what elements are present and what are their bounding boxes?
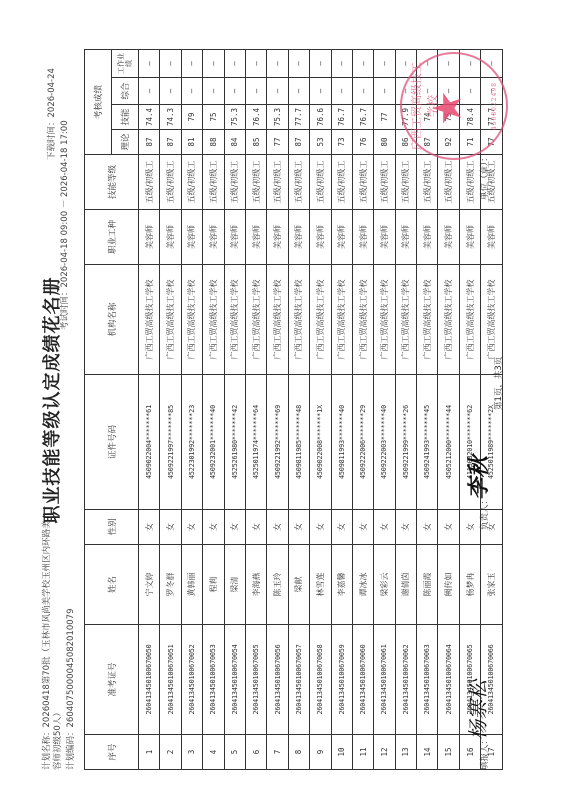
row-theory: 80	[374, 130, 395, 155]
row-theory: 87	[288, 130, 309, 155]
row-exam-no: 260413450100670054	[224, 625, 245, 735]
row-exam-no: 260413450100670059	[331, 625, 352, 735]
row-level: 五级/初级工	[310, 155, 331, 210]
row-name: 程莉	[203, 545, 224, 625]
row-org: 广西工贸高级技工学校	[203, 265, 224, 375]
row-exam-no: 260413450100670058	[310, 625, 331, 735]
row-overall: —	[160, 78, 181, 105]
row-name: 梁彩云	[374, 545, 395, 625]
row-exam-no: 260413450100670056	[267, 625, 288, 735]
row-overall: —	[139, 78, 160, 105]
row-name: 阙传如	[438, 545, 459, 625]
row-org: 广西工贸高级技工学校	[374, 265, 395, 375]
plan-code: 计划编码：2604075000045082010079	[64, 609, 76, 771]
row-work: —	[203, 50, 224, 78]
row-theory: 87	[160, 130, 181, 155]
header-exam-no: 准考证号	[85, 625, 139, 735]
row-overall: —	[288, 78, 309, 105]
row-id-no: 4509222006*******29	[352, 375, 373, 510]
row-exam-no: 260413450100670052	[181, 625, 202, 735]
row-id-no: 4509241993*******45	[417, 375, 438, 510]
row-exam-no: 260413450100670062	[395, 625, 416, 735]
row-gender: 女	[245, 510, 266, 545]
row-skill: 79	[181, 105, 202, 130]
row-org: 广西工贸高级技工学校	[395, 265, 416, 375]
unit-seal-label: 单位（章）：	[478, 153, 490, 200]
row-skill: 76.6	[310, 105, 331, 130]
row-exam-no: 260413450100670060	[352, 625, 373, 735]
row-seq: 13	[395, 735, 416, 770]
row-name: 宁文婷	[139, 545, 160, 625]
row-work: —	[352, 50, 373, 78]
row-theory: 88	[203, 130, 224, 155]
row-occupation: 美容师	[139, 210, 160, 265]
table-row: 1260413450100670050宁文婷女4509022004*******…	[139, 50, 160, 770]
row-overall: —	[352, 78, 373, 105]
row-id-no: 4509022004*******61	[139, 375, 160, 510]
table-row: 12260413450100670061梁彩云女4509222003******…	[374, 50, 395, 770]
row-theory: 85	[245, 130, 266, 155]
page-info: 第1页，共3页	[492, 357, 504, 410]
header-theory: 理论	[112, 130, 139, 155]
row-name: 陈玉玲	[267, 545, 288, 625]
row-work: —	[267, 50, 288, 78]
row-name: 梁清	[224, 545, 245, 625]
row-seq: 11	[352, 735, 373, 770]
row-skill: 75	[203, 105, 224, 130]
row-overall: —	[203, 78, 224, 105]
row-level: 五级/初级工	[331, 155, 352, 210]
row-theory: 87	[139, 130, 160, 155]
row-name: 梁献	[288, 545, 309, 625]
table-row: 6260413450100670055李海燕女4525011974*******…	[245, 50, 266, 770]
table-row: 10260413450100670059李嘉馨女4509811993******…	[331, 50, 352, 770]
row-seq: 12	[374, 735, 395, 770]
row-skill: 77.7	[288, 105, 309, 130]
row-theory: 84	[224, 130, 245, 155]
table-row: 3260413450100670052黄韩丽女4522301992*******…	[181, 50, 202, 770]
header-level: 技能等级	[85, 155, 139, 210]
row-gender: 女	[331, 510, 352, 545]
exam-time: 考试时间：2026-04-18 09:00 － 2026-04-18 17:00	[58, 120, 70, 330]
filler-signature: 杨寨松	[462, 680, 491, 740]
row-seq: 15	[438, 735, 459, 770]
row-skill: 74.3	[160, 105, 181, 130]
row-id-no: 4525261980*******42	[224, 375, 245, 510]
row-gender: 女	[267, 510, 288, 545]
row-org: 广西工贸高级技工学校	[245, 265, 266, 375]
table-row: 9260413450100670058林雪莲女4509022008*******…	[310, 50, 331, 770]
row-exam-no: 260413450100670063	[417, 625, 438, 735]
row-level: 五级/初级工	[181, 155, 202, 210]
row-occupation: 美容师	[160, 210, 181, 265]
row-name: 李嘉馨	[331, 545, 352, 625]
plan-code-value: 2604075000045082010079	[66, 609, 76, 728]
table-row: 13260413450100670062谢倩茵女4509221999******…	[395, 50, 416, 770]
row-exam-no: 260413450100670053	[203, 625, 224, 735]
row-theory: 77	[267, 130, 288, 155]
row-occupation: 美容师	[331, 210, 352, 265]
row-overall: —	[331, 78, 352, 105]
table-row: 4260413450100670053程莉女4509232001*******4…	[203, 50, 224, 770]
row-level: 五级/初级工	[395, 155, 416, 210]
header-seq: 序号	[85, 735, 139, 770]
row-org: 广西工贸高级技工学校	[267, 265, 288, 375]
row-overall: —	[224, 78, 245, 105]
row-seq: 7	[267, 735, 288, 770]
header-name: 姓名	[85, 545, 139, 625]
row-name: 张家玉	[481, 545, 502, 625]
table-row: 7260413450100670056陈玉玲女4509221992*******…	[267, 50, 288, 770]
row-gender: 女	[310, 510, 331, 545]
row-id-no: 4525011974*******64	[245, 375, 266, 510]
row-gender: 女	[160, 510, 181, 545]
row-skill: 75.3	[267, 105, 288, 130]
row-gender: 女	[181, 510, 202, 545]
row-name: 谭冰冰	[352, 545, 373, 625]
row-org: 广西工贸高级技工学校	[310, 265, 331, 375]
row-org: 广西工贸高级技工学校	[459, 265, 480, 375]
exam-time-label: 考试时间：	[60, 287, 70, 330]
row-gender: 女	[417, 510, 438, 545]
filler-label: 填报人：	[478, 736, 490, 770]
header-id-no: 证件号码	[85, 375, 139, 510]
row-occupation: 美容师	[310, 210, 331, 265]
row-overall: —	[245, 78, 266, 105]
row-skill: 76.4	[245, 105, 266, 130]
row-org: 广西工贸高级技工学校	[331, 265, 352, 375]
row-id-no: 4505212000*******44	[438, 375, 459, 510]
row-seq: 8	[288, 735, 309, 770]
row-occupation: 美容师	[245, 210, 266, 265]
row-overall: —	[181, 78, 202, 105]
row-exam-no: 260413450100670051	[160, 625, 181, 735]
plan-name: 计划名称：20260418第70批（玉林市风尚美学校玉州区内环路美容师初级50人…	[42, 520, 64, 770]
row-id-no: 4509022008*******1X	[310, 375, 331, 510]
row-level: 五级/初级工	[288, 155, 309, 210]
plan-name-label: 计划名称：	[42, 727, 52, 770]
row-id-no: 4509221997*******85	[160, 375, 181, 510]
official-seal: 广西工贸高级技工学校 ★ 4508022498	[400, 52, 508, 160]
row-name: 林雪莲	[310, 545, 331, 625]
row-id-no: 4509232001*******40	[203, 375, 224, 510]
row-seq: 2	[160, 735, 181, 770]
row-level: 五级/初级工	[245, 155, 266, 210]
row-gender: 女	[288, 510, 309, 545]
row-occupation: 美容师	[417, 210, 438, 265]
row-occupation: 美容师	[224, 210, 245, 265]
row-skill: 77	[374, 105, 395, 130]
seal-code: 4508022498	[491, 66, 498, 146]
row-skill: 75.3	[224, 105, 245, 130]
header-overall: 综合	[112, 78, 139, 105]
row-theory: 73	[331, 130, 352, 155]
row-occupation: 美容师	[267, 210, 288, 265]
row-work: —	[139, 50, 160, 78]
exam-time-value: 2026-04-18 09:00 － 2026-04-18 17:00	[60, 120, 70, 287]
row-level: 五级/初级工	[139, 155, 160, 210]
row-org: 广西工贸高级技工学校	[288, 265, 309, 375]
row-work: —	[331, 50, 352, 78]
row-work: —	[181, 50, 202, 78]
row-gender: 女	[203, 510, 224, 545]
row-org: 广西工贸高级技工学校	[181, 265, 202, 375]
row-occupation: 美容师	[438, 210, 459, 265]
row-work: —	[374, 50, 395, 78]
row-overall: —	[310, 78, 331, 105]
row-seq: 14	[417, 735, 438, 770]
table-row: 2260413450100670051罗冬群女4509221997*******…	[160, 50, 181, 770]
row-theory: 81	[181, 130, 202, 155]
row-level: 五级/初级工	[417, 155, 438, 210]
row-seq: 5	[224, 735, 245, 770]
header-occupation: 职业工种	[85, 210, 139, 265]
row-name: 李海燕	[245, 545, 266, 625]
row-occupation: 美容师	[203, 210, 224, 265]
row-overall: —	[267, 78, 288, 105]
header-org: 机构名称	[85, 265, 139, 375]
row-occupation: 美容师	[181, 210, 202, 265]
row-exam-no: 260413450100670057	[288, 625, 309, 735]
row-id-no: 4509221999*******26	[395, 375, 416, 510]
row-level: 五级/初级工	[438, 155, 459, 210]
table-row: 11260413450100670060谭冰冰女4509222006******…	[352, 50, 373, 770]
row-skill: 74.4	[139, 105, 160, 130]
manager-signature: 李秋	[462, 456, 493, 500]
row-exam-no: 260413450100670064	[438, 625, 459, 735]
row-occupation: 美容师	[481, 210, 502, 265]
row-seq: 4	[203, 735, 224, 770]
row-skill: 76.7	[352, 105, 373, 130]
row-name: 罗冬群	[160, 545, 181, 625]
row-occupation: 美容师	[374, 210, 395, 265]
row-work: —	[160, 50, 181, 78]
download-time-value: 2026-04-24	[47, 68, 57, 117]
row-level: 五级/初级工	[267, 155, 288, 210]
row-org: 广西工贸高级技工学校	[352, 265, 373, 375]
row-exam-no: 260413450100670061	[374, 625, 395, 735]
row-seq: 10	[331, 735, 352, 770]
row-skill: 76.7	[331, 105, 352, 130]
row-occupation: 美容师	[352, 210, 373, 265]
plan-code-label: 计划编码：	[66, 727, 76, 770]
row-work: —	[310, 50, 331, 78]
row-work: —	[245, 50, 266, 78]
row-level: 五级/初级工	[352, 155, 373, 210]
row-gender: 女	[352, 510, 373, 545]
row-id-no: 4509222003*******40	[374, 375, 395, 510]
row-gender: 女	[395, 510, 416, 545]
header-gender: 性别	[85, 510, 139, 545]
header-skill: 技能	[112, 105, 139, 130]
row-occupation: 美容师	[459, 210, 480, 265]
download-time: 下载时间：2026-04-24	[45, 68, 57, 160]
download-time-label: 下载时间：	[47, 117, 57, 160]
header-work: 工作业绩	[112, 50, 139, 78]
row-work: —	[224, 50, 245, 78]
seal-star-icon: ★	[428, 90, 468, 126]
row-occupation: 美容师	[288, 210, 309, 265]
row-org: 广西工贸高级技工学校	[139, 265, 160, 375]
row-name: 谢倩茵	[395, 545, 416, 625]
row-level: 五级/初级工	[160, 155, 181, 210]
row-theory: 76	[352, 130, 373, 155]
row-level: 五级/初级工	[374, 155, 395, 210]
row-id-no: 4522301992*******23	[181, 375, 202, 510]
row-work: —	[288, 50, 309, 78]
row-seq: 9	[310, 735, 331, 770]
row-seq: 1	[139, 735, 160, 770]
row-theory: 53	[310, 130, 331, 155]
row-level: 五级/初级工	[203, 155, 224, 210]
row-seq: 3	[181, 735, 202, 770]
row-id-no: 4509811985*******48	[288, 375, 309, 510]
row-gender: 女	[438, 510, 459, 545]
row-name: 杨梦冉	[459, 545, 480, 625]
table-row: 5260413450100670054梁清女4525261980*******4…	[224, 50, 245, 770]
row-gender: 女	[374, 510, 395, 545]
row-id-no: 4509811993*******40	[331, 375, 352, 510]
table-row: 14260413450100670063陈丽霞女4509241993******…	[417, 50, 438, 770]
row-org: 广西工贸高级技工学校	[160, 265, 181, 375]
row-exam-no: 260413450100670055	[245, 625, 266, 735]
row-org: 广西工贸高级技工学校	[224, 265, 245, 375]
row-org: 广西工贸高级技工学校	[438, 265, 459, 375]
row-exam-no: 260413450100670050	[139, 625, 160, 735]
row-seq: 6	[245, 735, 266, 770]
row-org: 广西工贸高级技工学校	[417, 265, 438, 375]
manager-label: 负责人：	[478, 496, 490, 530]
table-row: 8260413450100670057梁献女4509811985*******4…	[288, 50, 309, 770]
row-id-no: 4509221992*******69	[267, 375, 288, 510]
row-level: 五级/初级工	[224, 155, 245, 210]
row-gender: 女	[139, 510, 160, 545]
row-name: 陈丽霞	[417, 545, 438, 625]
header-scores-group: 考核成绩	[85, 50, 112, 155]
row-occupation: 美容师	[395, 210, 416, 265]
row-name: 黄韩丽	[181, 545, 202, 625]
row-overall: —	[374, 78, 395, 105]
rotated-document-page: 职业技能等级认定成绩花名册 计划名称：20260418第70批（玉林市风尚美学校…	[0, 0, 566, 800]
row-gender: 女	[224, 510, 245, 545]
